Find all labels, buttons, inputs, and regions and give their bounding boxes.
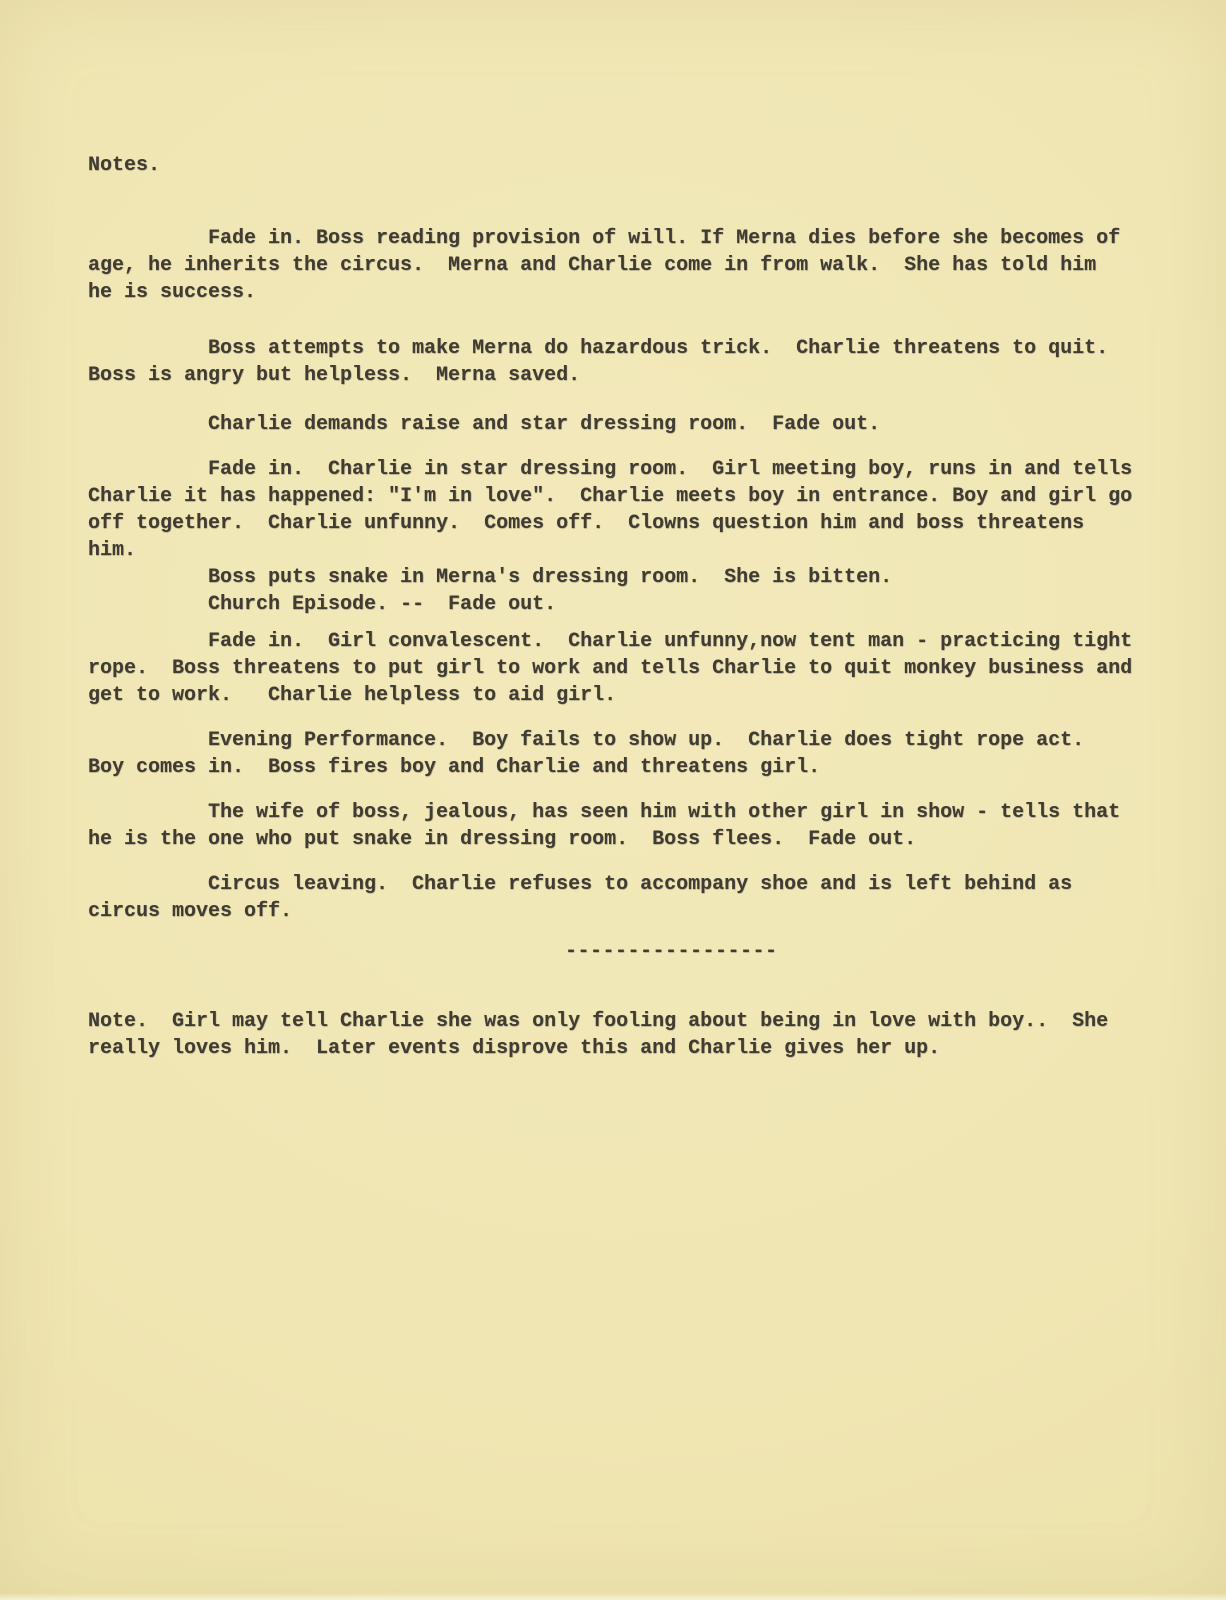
paragraph-hazardous-trick: Boss attempts to make Merna do hazardous… — [88, 335, 1138, 389]
paragraph-circus-leaving: Circus leaving. Charlie refuses to accom… — [88, 871, 1138, 925]
paragraph-star-dressing-room: Fade in. Charlie in star dressing room. … — [88, 456, 1138, 564]
paragraph-fade-in-will: Fade in. Boss reading provision of will.… — [88, 225, 1138, 306]
paragraph-wife-of-boss: The wife of boss, jealous, has seen him … — [88, 799, 1138, 853]
dashed-divider: ----------------- — [88, 938, 1138, 965]
paragraph-girl-convalescent: Fade in. Girl convalescent. Charlie unfu… — [88, 628, 1138, 709]
page-title: Notes. — [88, 152, 1138, 179]
paragraph-snake-church-episode: Boss puts snake in Merna's dressing room… — [88, 564, 1138, 618]
note-paragraph: Note. Girl may tell Charlie she was only… — [88, 1008, 1138, 1062]
paragraph-evening-performance: Evening Performance. Boy fails to show u… — [88, 727, 1138, 781]
paragraph-charlie-demands-raise: Charlie demands raise and star dressing … — [88, 411, 1138, 438]
typewritten-page: Notes. Fade in. Boss reading provision o… — [0, 0, 1226, 1600]
